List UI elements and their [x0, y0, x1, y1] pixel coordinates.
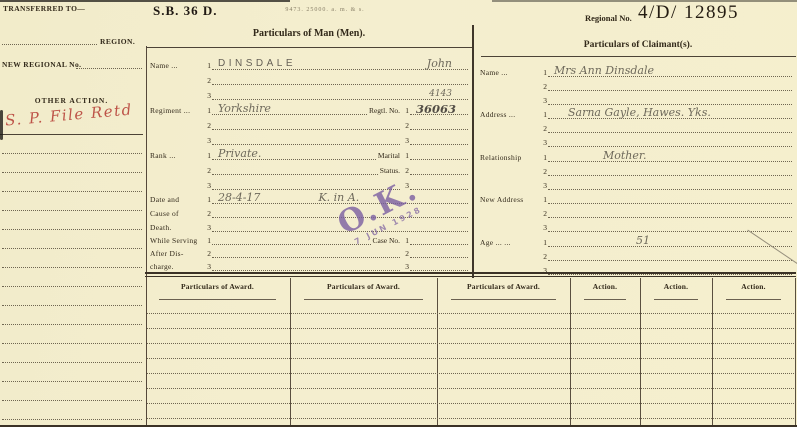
- pension-record-card: TRANSFERRED TO— REGION. NEW REGIONAL No.…: [0, 0, 797, 427]
- ruled-line: [548, 219, 792, 232]
- handwritten-value: K. in A.: [318, 193, 359, 203]
- left-panel-rule: [0, 134, 143, 135]
- region-dotted-line: [2, 43, 97, 45]
- ruled-line: 4143: [212, 87, 468, 100]
- ruled-line: [212, 177, 400, 190]
- ruled-line: [212, 117, 400, 130]
- award-table-empty-row: [147, 387, 794, 389]
- line-number: 1: [538, 238, 547, 247]
- handwritten-value: 36063: [416, 104, 456, 114]
- handwritten-value: Private.: [218, 149, 261, 159]
- ruled-line: [2, 266, 142, 268]
- award-column-header: Particulars of Award.: [437, 282, 570, 291]
- award-table-empty-row: [147, 402, 794, 404]
- field-row: 2: [480, 78, 792, 91]
- handwritten-value: Mother.: [603, 151, 646, 161]
- field-row: 34143: [150, 87, 468, 100]
- field-row: Date and128-4-17K. in A.: [150, 191, 468, 204]
- field-label: Name ...: [150, 61, 202, 70]
- field-label: Name ...: [480, 68, 538, 77]
- line-number: 3: [202, 223, 211, 232]
- ruled-line: [548, 177, 792, 190]
- line-number: 1: [400, 236, 409, 245]
- field-row: 2: [480, 248, 792, 261]
- field-row: Cause of2: [150, 205, 468, 218]
- ruled-line: [2, 285, 142, 287]
- ruled-line: [2, 209, 142, 211]
- line-number: 2: [400, 166, 409, 175]
- field-label: Age ... ...: [480, 238, 538, 247]
- field-row: 33: [150, 177, 468, 190]
- ruled-line: [212, 132, 400, 145]
- ruled-line: [410, 177, 468, 190]
- form-number: S.B. 36 D.: [153, 3, 218, 19]
- scanned-pension-card-page: TRANSFERRED TO— REGION. NEW REGIONAL No.…: [0, 0, 797, 431]
- field-label: Death.: [150, 223, 202, 232]
- field-row: Name ...1DINSDALEJohn: [150, 57, 468, 70]
- ruled-line: [548, 78, 792, 91]
- line-number: 1: [538, 195, 547, 204]
- line-number: 2: [202, 166, 211, 175]
- field-label: Relationship: [480, 153, 538, 162]
- ruled-line: Yorkshire: [212, 102, 367, 115]
- ruled-line: [2, 323, 142, 325]
- line-number: 3: [400, 136, 409, 145]
- field-row: Name ...1Mrs Ann Dinsdale: [480, 64, 792, 77]
- field-label: Status.: [380, 166, 400, 175]
- ruled-line: [548, 92, 792, 105]
- field-label: Marital: [378, 151, 400, 160]
- field-row: After Dis-22: [150, 245, 468, 258]
- field-row: 2: [480, 205, 792, 218]
- header-underline: [654, 299, 698, 300]
- new-regional-no-label: NEW REGIONAL No.: [2, 60, 81, 69]
- award-column-header: Action.: [570, 282, 640, 291]
- line-number: 3: [538, 223, 547, 232]
- field-row: 3: [480, 92, 792, 105]
- ruled-line: [212, 245, 400, 258]
- field-label: charge.: [150, 262, 202, 271]
- ruled-line: Sarna Gayle, Hawes. Yks.: [548, 106, 792, 119]
- ruled-line: [2, 342, 142, 344]
- ruled-line: [2, 418, 142, 420]
- field-label: Cause of: [150, 209, 202, 218]
- award-column-header: Particulars of Award.: [290, 282, 437, 291]
- man-panel-title: Particulars of Man (Men).: [146, 28, 472, 39]
- ruled-line: [212, 205, 468, 218]
- field-row: 22: [150, 117, 468, 130]
- line-number: 1: [538, 110, 547, 119]
- field-row: 2: [150, 72, 468, 85]
- field-label: Case No.: [373, 236, 401, 245]
- award-table-empty-row: [147, 372, 794, 374]
- ruled-line: DINSDALEJohn: [212, 57, 468, 70]
- handwritten-value: DINSDALE: [218, 59, 296, 69]
- ruled-line: 36063: [410, 102, 468, 115]
- field-row: Death.3: [150, 219, 468, 232]
- ruled-line: Mother.: [548, 149, 792, 162]
- line-number: 2: [202, 121, 211, 130]
- ruled-line: [212, 219, 468, 232]
- field-row: While Serving1Case No.1: [150, 232, 468, 245]
- header-underline: [584, 299, 626, 300]
- ruled-line: [410, 162, 468, 175]
- region-label: REGION.: [100, 37, 135, 46]
- ruled-line: 28-4-17K. in A.: [212, 191, 468, 204]
- line-number: 1: [202, 106, 211, 115]
- line-number: 3: [202, 181, 211, 190]
- line-number: 1: [202, 236, 211, 245]
- ruled-line: [212, 162, 378, 175]
- column-divider: [795, 278, 796, 425]
- field-row: 3: [480, 134, 792, 147]
- handwritten-value: Mrs Ann Dinsdale: [554, 66, 654, 76]
- ruled-line: [2, 304, 142, 306]
- regional-no-label: Regional No.: [585, 13, 632, 23]
- award-column-header: Particulars of Award.: [145, 282, 290, 291]
- line-number: 3: [202, 262, 211, 271]
- field-label: Date and: [150, 195, 202, 204]
- award-table-empty-row: [147, 312, 794, 314]
- field-row: Relationship1Mother.: [480, 149, 792, 162]
- ruled-line: [212, 258, 400, 271]
- handwritten-value: Sarna Gayle, Hawes. Yks.: [568, 108, 711, 118]
- line-number: 2: [202, 249, 211, 258]
- line-number: 3: [538, 96, 547, 105]
- ruled-line: [2, 190, 142, 192]
- field-label: Regtl. No.: [369, 106, 400, 115]
- handwritten-value: 28-4-17: [218, 193, 260, 203]
- field-row: Regiment ...1YorkshireRegtl. No.136063: [150, 102, 468, 115]
- field-label: Regiment ...: [150, 106, 202, 115]
- line-number: 2: [538, 82, 547, 91]
- ruled-line: [2, 171, 142, 173]
- line-number: 2: [538, 124, 547, 133]
- line-number: 3: [538, 138, 547, 147]
- ruled-line: [2, 361, 142, 363]
- field-row: 2: [480, 163, 792, 176]
- line-number: 3: [538, 181, 547, 190]
- scan-edge-artifact: [492, 0, 797, 2]
- field-row: 33: [150, 132, 468, 145]
- field-label: While Serving: [150, 236, 202, 245]
- ruled-line: [410, 258, 468, 271]
- award-table-top-rule-2: [145, 276, 796, 277]
- line-number: 3: [202, 91, 211, 100]
- line-number: 1: [538, 68, 547, 77]
- line-number: 1: [538, 153, 547, 162]
- line-number: 3: [400, 262, 409, 271]
- award-table-empty-row: [147, 357, 794, 359]
- ruled-line: [410, 117, 468, 130]
- ruled-line: [2, 152, 142, 154]
- line-number: 2: [538, 252, 547, 261]
- field-row: New Address1: [480, 191, 792, 204]
- ruled-line: [2, 380, 142, 382]
- divider-middle: [472, 25, 474, 278]
- ruled-line: [548, 120, 792, 133]
- field-row: 2: [480, 120, 792, 133]
- line-number: 2: [400, 121, 409, 130]
- claimant-title-rule: [481, 56, 796, 57]
- ruled-line: [548, 205, 792, 218]
- new-regional-dotted-line: [76, 67, 142, 69]
- ruled-line: [548, 134, 792, 147]
- ruled-line: [2, 228, 142, 230]
- header-underline: [159, 299, 276, 300]
- award-column-header: Action.: [712, 282, 795, 291]
- ruled-line: [410, 245, 468, 258]
- award-table-top-rule-1: [145, 272, 796, 274]
- ruled-line: [410, 132, 468, 145]
- ruled-line: [548, 248, 792, 261]
- award-table: Particulars of Award.Particulars of Awar…: [145, 278, 796, 425]
- line-number: 1: [400, 106, 409, 115]
- award-column-header: Action.: [640, 282, 712, 291]
- transferred-to-label: TRANSFERRED TO—: [3, 4, 85, 13]
- field-row: Address ...1Sarna Gayle, Hawes. Yks.: [480, 106, 792, 119]
- line-number: 2: [538, 209, 547, 218]
- scan-edge-artifact: [0, 0, 290, 2]
- line-number: 1: [202, 151, 211, 160]
- field-row: Rank ...1Private.Marital1: [150, 147, 468, 160]
- field-label: After Dis-: [150, 249, 202, 258]
- line-number: 3: [202, 136, 211, 145]
- line-number: 2: [202, 209, 211, 218]
- man-panel-title-rule: [146, 47, 472, 48]
- line-number: 1: [202, 195, 211, 204]
- ruled-line: [212, 72, 468, 85]
- line-number: 1: [400, 151, 409, 160]
- handwritten-value: John: [427, 59, 452, 69]
- line-number: 2: [538, 167, 547, 176]
- field-row: 3: [480, 177, 792, 190]
- ruled-line: [548, 163, 792, 176]
- field-label: Rank ...: [150, 151, 202, 160]
- handwritten-value: 51: [636, 236, 650, 246]
- ruled-line: [410, 232, 468, 245]
- ruled-line: [2, 399, 142, 401]
- ruled-line: Private.: [212, 147, 376, 160]
- field-row: Age ... ...151: [480, 234, 792, 247]
- award-table-empty-row: [147, 342, 794, 344]
- award-table-empty-row: [147, 327, 794, 329]
- regional-no-value: 4/D/ 12895: [638, 2, 739, 24]
- header-underline: [726, 299, 781, 300]
- line-number: 2: [202, 76, 211, 85]
- field-label: New Address: [480, 195, 538, 204]
- field-row: 2Status.2: [150, 162, 468, 175]
- award-table-empty-row: [147, 417, 794, 419]
- line-number: 3: [400, 181, 409, 190]
- handwritten-value: Yorkshire: [218, 104, 271, 114]
- line-number: 2: [400, 249, 409, 258]
- ruled-line: [212, 232, 371, 245]
- field-row: 3: [480, 219, 792, 232]
- header-underline: [451, 299, 556, 300]
- handwritten-value: 4143: [429, 89, 452, 99]
- scan-edge-artifact: [0, 110, 3, 140]
- field-label: Address ...: [480, 110, 538, 119]
- line-number: 1: [202, 61, 211, 70]
- printers-code: 9473. 25000. a. m. & s.: [250, 7, 400, 13]
- claimant-panel-title: Particulars of Claimant(s).: [480, 40, 796, 50]
- header-underline: [304, 299, 423, 300]
- ruled-line: [410, 147, 468, 160]
- ruled-line: [548, 191, 792, 204]
- ruled-line: Mrs Ann Dinsdale: [548, 64, 792, 77]
- field-row: charge.33: [150, 258, 468, 271]
- ruled-line: [2, 247, 142, 249]
- line-number: 3: [538, 266, 547, 275]
